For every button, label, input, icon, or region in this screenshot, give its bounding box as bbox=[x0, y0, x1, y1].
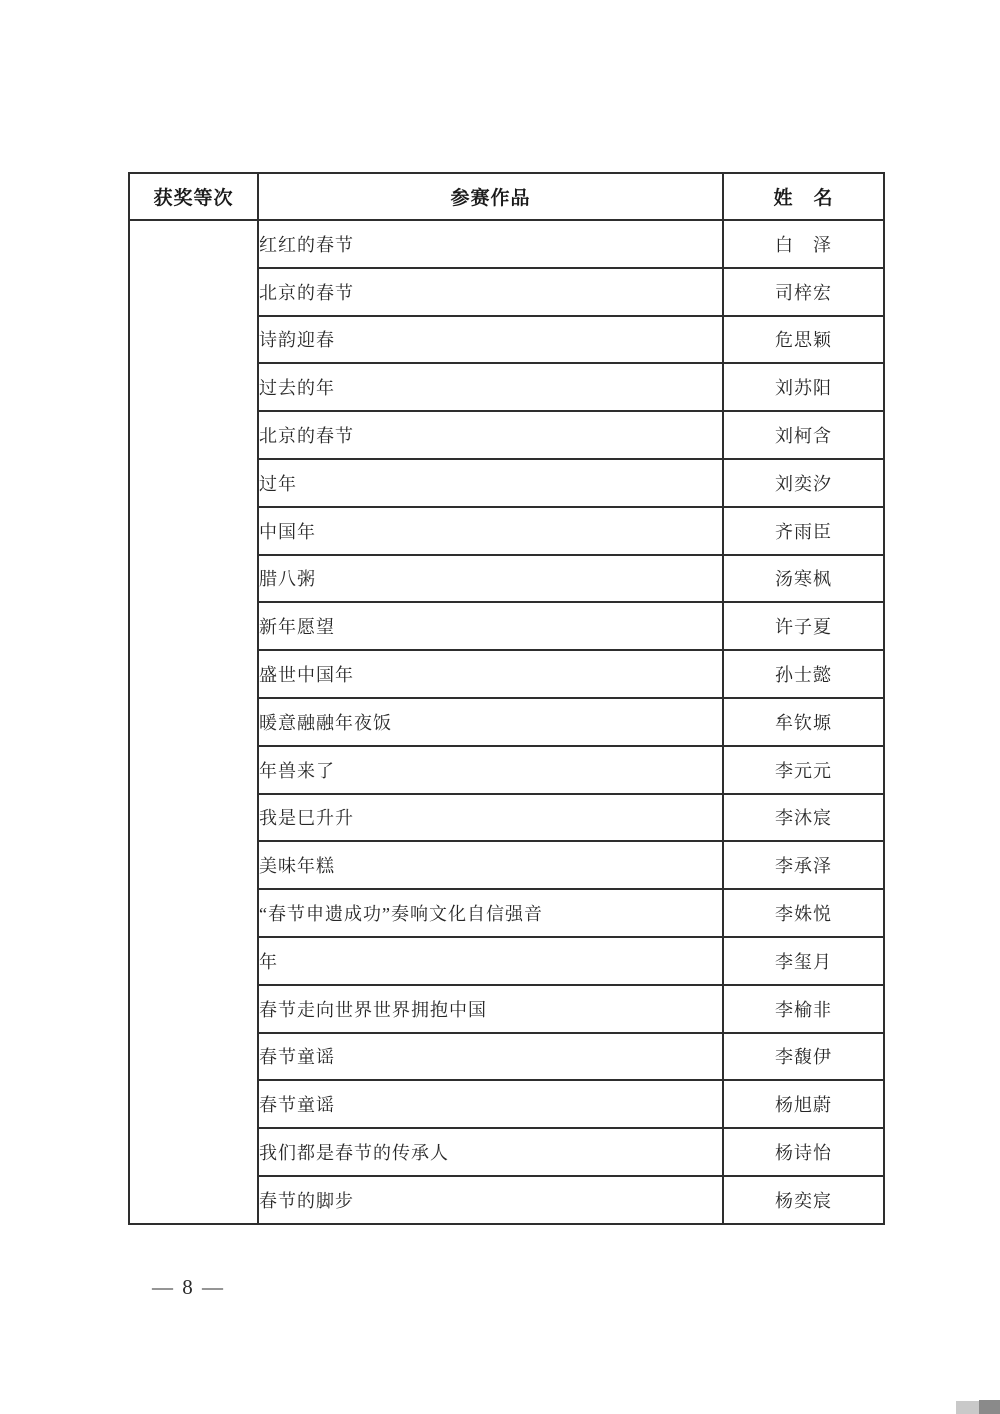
author-name: 许子夏 bbox=[723, 602, 884, 650]
work-title: 春节走向世界世界拥抱中国 bbox=[258, 985, 723, 1033]
author-name: 李沐宸 bbox=[723, 794, 884, 842]
author-name: 刘苏阳 bbox=[723, 363, 884, 411]
work-title: “春节申遗成功”奏响文化自信强音 bbox=[258, 889, 723, 937]
award-table-body: 红红的春节白 泽北京的春节司梓宏诗韵迎春危思颖过去的年刘苏阳北京的春节刘柯含过年… bbox=[129, 220, 884, 1224]
work-title: 年兽来了 bbox=[258, 746, 723, 794]
work-title: 红红的春节 bbox=[258, 220, 723, 268]
page-number: — 8 — bbox=[152, 1275, 225, 1300]
author-name: 杨诗怡 bbox=[723, 1128, 884, 1176]
author-name: 杨奕宸 bbox=[723, 1176, 884, 1224]
author-name: 刘奕汐 bbox=[723, 459, 884, 507]
author-name: 李承泽 bbox=[723, 841, 884, 889]
table-row: 红红的春节白 泽 bbox=[129, 220, 884, 268]
scan-corner-mark-light bbox=[956, 1401, 979, 1414]
work-title: 北京的春节 bbox=[258, 411, 723, 459]
work-title: 我们都是春节的传承人 bbox=[258, 1128, 723, 1176]
work-title: 年 bbox=[258, 937, 723, 985]
author-name: 危思颖 bbox=[723, 316, 884, 364]
author-name: 杨旭蔚 bbox=[723, 1080, 884, 1128]
work-title: 北京的春节 bbox=[258, 268, 723, 316]
author-name: 司梓宏 bbox=[723, 268, 884, 316]
award-table-header: 获奖等次 参赛作品 姓 名 bbox=[129, 173, 884, 220]
work-title: 春节的脚步 bbox=[258, 1176, 723, 1224]
author-name: 刘柯含 bbox=[723, 411, 884, 459]
author-name: 白 泽 bbox=[723, 220, 884, 268]
work-title: 过年 bbox=[258, 459, 723, 507]
author-name: 李姝悦 bbox=[723, 889, 884, 937]
header-row: 获奖等次 参赛作品 姓 名 bbox=[129, 173, 884, 220]
work-title: 腊八粥 bbox=[258, 555, 723, 603]
work-title: 暖意融融年夜饭 bbox=[258, 698, 723, 746]
work-title: 诗韵迎春 bbox=[258, 316, 723, 364]
award-table: 获奖等次 参赛作品 姓 名 红红的春节白 泽北京的春节司梓宏诗韵迎春危思颖过去的… bbox=[128, 172, 885, 1225]
header-name: 姓 名 bbox=[723, 173, 884, 220]
work-title: 我是巳升升 bbox=[258, 794, 723, 842]
author-name: 齐雨臣 bbox=[723, 507, 884, 555]
author-name: 汤寒枫 bbox=[723, 555, 884, 603]
document-page: 获奖等次 参赛作品 姓 名 红红的春节白 泽北京的春节司梓宏诗韵迎春危思颖过去的… bbox=[0, 0, 1000, 1414]
author-name: 牟钦塬 bbox=[723, 698, 884, 746]
author-name: 李玺月 bbox=[723, 937, 884, 985]
work-title: 春节童谣 bbox=[258, 1033, 723, 1081]
header-award-level: 获奖等次 bbox=[129, 173, 258, 220]
scan-corner-mark-dark bbox=[979, 1400, 1000, 1414]
work-title: 盛世中国年 bbox=[258, 650, 723, 698]
work-title: 新年愿望 bbox=[258, 602, 723, 650]
work-title: 美味年糕 bbox=[258, 841, 723, 889]
author-name: 孙士懿 bbox=[723, 650, 884, 698]
header-work: 参赛作品 bbox=[258, 173, 723, 220]
author-name: 李榆非 bbox=[723, 985, 884, 1033]
work-title: 中国年 bbox=[258, 507, 723, 555]
author-name: 李元元 bbox=[723, 746, 884, 794]
award-level-cell bbox=[129, 220, 258, 1224]
author-name: 李馥伊 bbox=[723, 1033, 884, 1081]
work-title: 过去的年 bbox=[258, 363, 723, 411]
work-title: 春节童谣 bbox=[258, 1080, 723, 1128]
